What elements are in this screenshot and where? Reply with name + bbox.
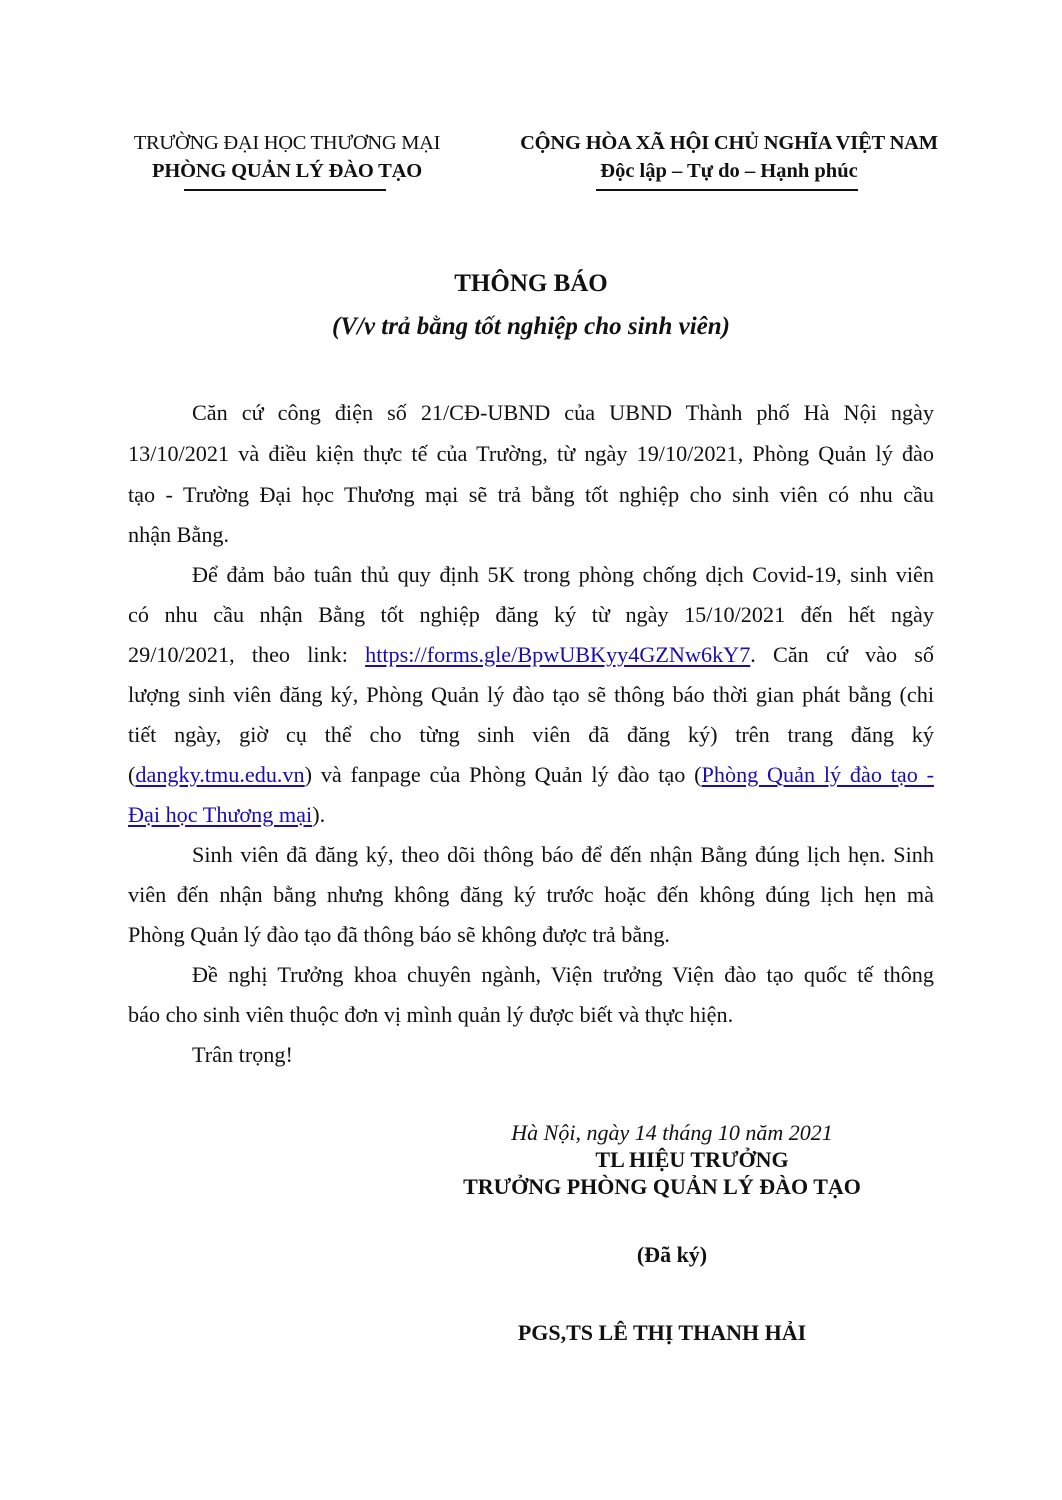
national-motto: Độc lập – Tự do – Hạnh phúc	[496, 160, 962, 183]
document-title: THÔNG BÁO	[0, 270, 1062, 298]
place-and-date: Hà Nội, ngày 14 tháng 10 năm 2021	[422, 1120, 922, 1146]
text-segment: ).	[312, 802, 325, 827]
department-name: PHÒNG QUẢN LÝ ĐÀO TẠO	[122, 160, 452, 183]
text-line: Để đảm bảo tuân thủ quy định 5K trong ph…	[192, 560, 934, 590]
text-line: lượng sinh viên đăng ký, Phòng Quản lý đ…	[128, 680, 934, 710]
text-segment: 29/10/2021, theo link:	[128, 642, 365, 667]
closing-text: Trân trọng!	[192, 1040, 934, 1070]
document-subtitle: (V/v trả bằng tốt nghiệp cho sinh viên)	[0, 313, 1062, 341]
text-segment: ) và fanpage của Phòng Quản lý đào tạo (	[305, 762, 702, 787]
motto-underline	[596, 189, 858, 191]
text-line: Sinh viên đã đăng ký, theo dõi thông báo…	[192, 840, 934, 870]
text-line: tạo - Trường Đại học Thương mại sẽ trả b…	[128, 480, 934, 510]
signatory-title: TRƯỞNG PHÒNG QUẢN LÝ ĐÀO TẠO	[412, 1174, 912, 1200]
text-line: tiết ngày, giờ cụ thể cho từng sinh viên…	[128, 720, 934, 750]
signatory-authority: TL HIỆU TRƯỞNG	[422, 1147, 922, 1173]
university-name: TRƯỜNG ĐẠI HỌC THƯƠNG MẠI	[122, 132, 452, 155]
signatory-name: PGS,TS LÊ THỊ THANH HẢI	[412, 1320, 912, 1346]
text-line: viên đến nhận bằng nhưng không đăng ký t…	[128, 880, 934, 910]
text-line: (dangky.tmu.edu.vn) và fanpage của Phòng…	[128, 760, 934, 790]
text-line: nhận Bằng.	[128, 520, 934, 550]
text-line: 29/10/2021, theo link: https://forms.gle…	[128, 640, 934, 670]
fanpage-link-continued[interactable]: Đại học Thương mại	[128, 802, 312, 827]
signed-mark: (Đã ký)	[412, 1242, 912, 1268]
text-line: báo cho sinh viên thuộc đơn vị mình quản…	[128, 1000, 934, 1030]
registration-form-link[interactable]: https://forms.gle/BpwUBKyy4GZNw6kY7	[365, 642, 750, 667]
registration-site-link[interactable]: dangky.tmu.edu.vn	[135, 762, 304, 787]
department-underline	[184, 189, 386, 191]
text-line: Đại học Thương mại).	[128, 800, 934, 830]
national-title: CỘNG HÒA XÃ HỘI CHỦ NGHĨA VIỆT NAM	[496, 132, 962, 155]
text-segment: . Căn cứ vào số	[750, 642, 934, 667]
text-line: 13/10/2021 và điều kiện thực tế của Trườ…	[128, 439, 934, 469]
text-line: Đề nghị Trưởng khoa chuyên ngành, Viện t…	[192, 960, 934, 990]
text-line: Căn cứ công điện số 21/CĐ-UBND của UBND …	[192, 398, 934, 428]
fanpage-link[interactable]: Phòng Quản lý đào tạo -	[702, 762, 934, 787]
text-line: Phòng Quản lý đào tạo đã thông báo sẽ kh…	[128, 920, 934, 950]
text-line: có nhu cầu nhận Bằng tốt nghiệp đăng ký …	[128, 600, 934, 630]
